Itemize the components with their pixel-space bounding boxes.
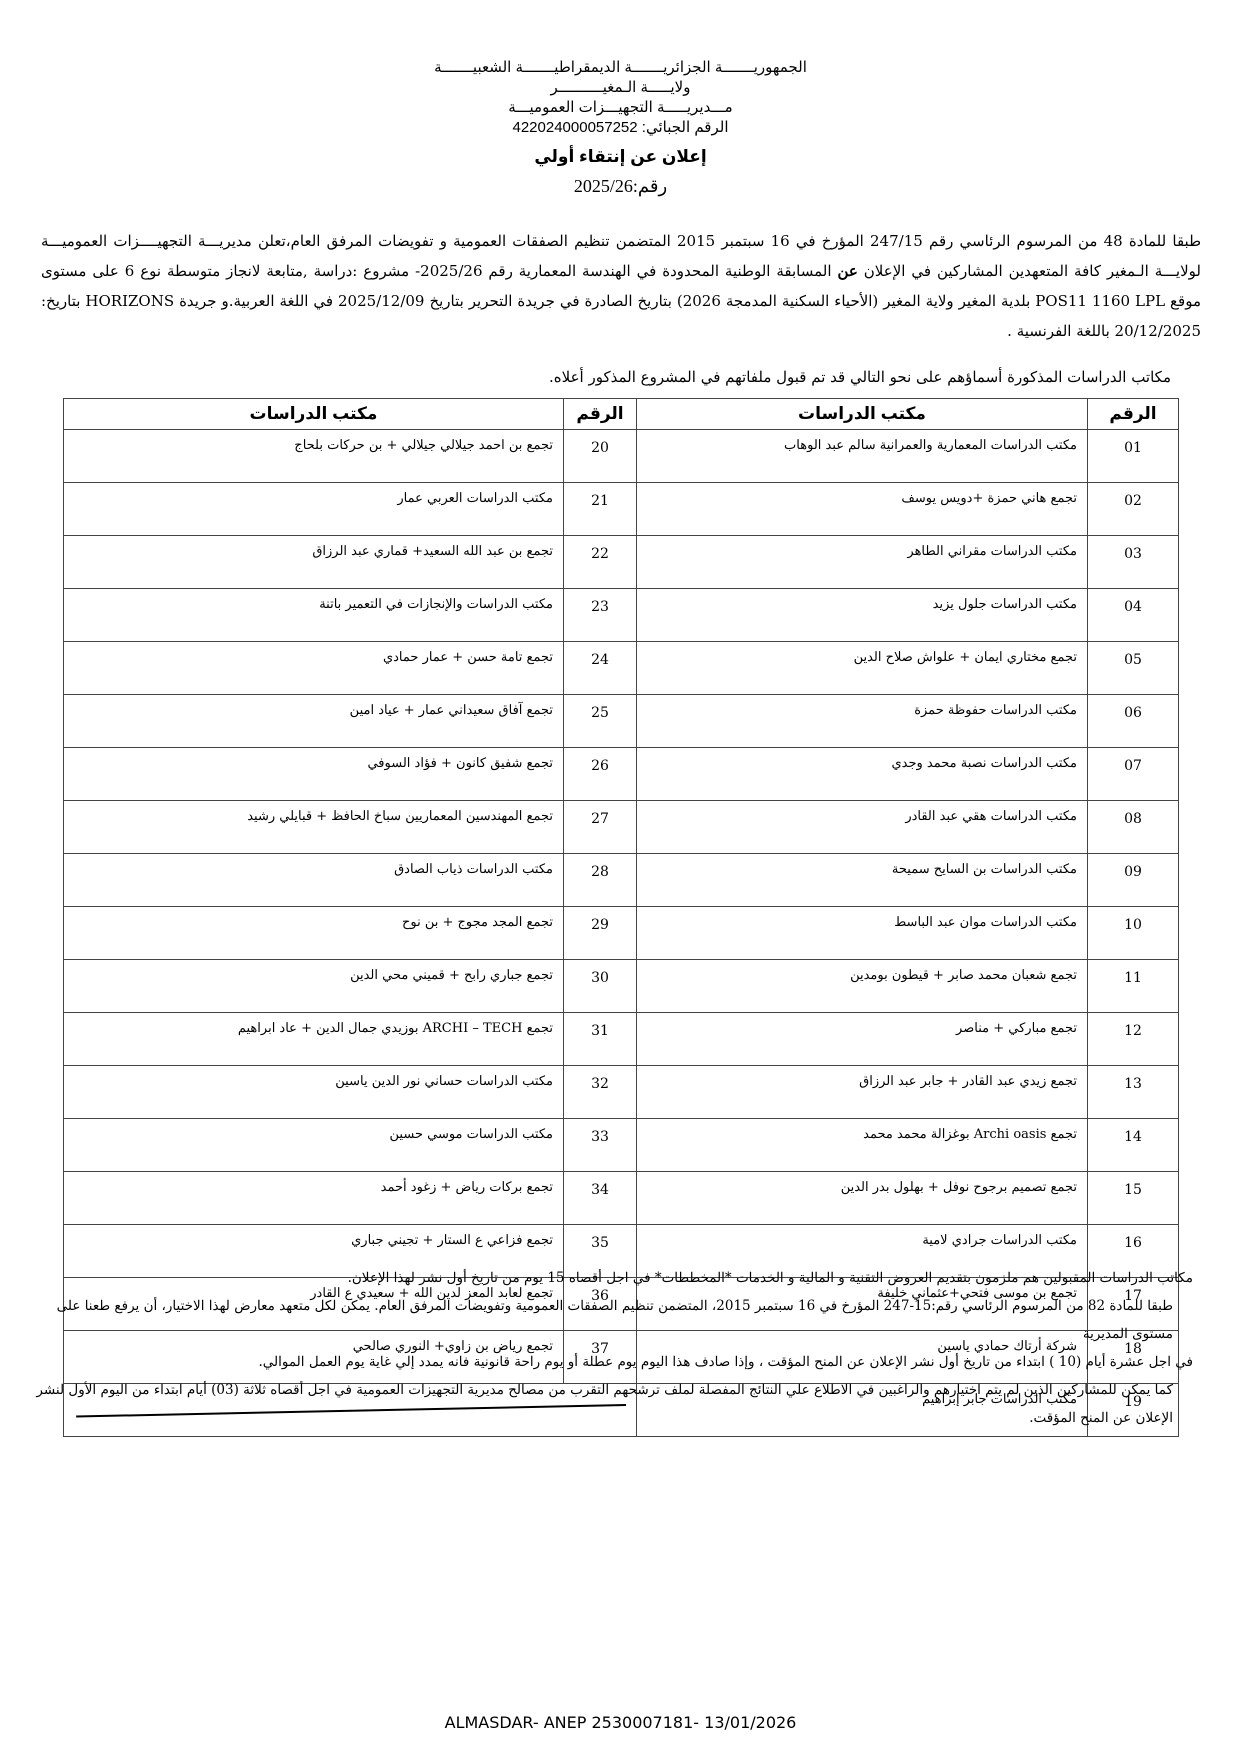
table-row: 13تجمع زيدي عبد القادر + جابر عبد الرزاق… (64, 1066, 1179, 1119)
office-name: تجمع آفاق سعيداني عمار + عياد امين (64, 695, 564, 748)
header-number-right: الرقم (1088, 399, 1179, 430)
office-number: 06 (1088, 695, 1179, 748)
office-number: 04 (1088, 589, 1179, 642)
office-name: تجمع بن احمد جيلالي جيلالي + بن حركات بل… (64, 430, 564, 483)
note-results-access: كما يمكن للمشاركين الذين لم يتم اختيارهم… (33, 1376, 1193, 1432)
office-number: 27 (564, 801, 637, 854)
office-name: تجمع بن عبد الله السعيد+ قماري عبد الرزا… (64, 536, 564, 589)
office-number: 09 (1088, 854, 1179, 907)
office-name: تجمع تصميم برجوح نوفل + بهلول بدر الدين (637, 1172, 1088, 1225)
table-row: 03مكتب الدراسات مقراني الطاهر22تجمع بن ع… (64, 536, 1179, 589)
office-number: 21 (564, 483, 637, 536)
intro-paragraph: طبقا للمادة 48 من المرسوم الرئاسي رقم 24… (41, 226, 1201, 346)
office-number: 10 (1088, 907, 1179, 960)
table-row: 08مكتب الدراسات هقي عبد القادر27تجمع الم… (64, 801, 1179, 854)
office-number: 12 (1088, 1013, 1179, 1066)
announcement-title: إعلان عن إنتقاء أولي (0, 144, 1241, 170)
office-number: 28 (564, 854, 637, 907)
lead-text: مكاتب الدراسات المذكورة أسماؤهم على نحو … (71, 366, 1171, 388)
office-number: 13 (1088, 1066, 1179, 1119)
office-name: مكتب الدراسات موسي حسين (64, 1119, 564, 1172)
office-number: 32 (564, 1066, 637, 1119)
document-header: الجمهوريـــــــة الجزائريـــــــة الديمق… (0, 58, 1241, 198)
table-row: 09مكتب الدراسات بن السايح سميحة28مكتب ال… (64, 854, 1179, 907)
office-number: 11 (1088, 960, 1179, 1013)
directorate-name: مـــديريـــــة التجهيـــزات العموميـــة (0, 98, 1241, 118)
office-number: 33 (564, 1119, 637, 1172)
wilaya-name: ولايـــــة الـمغيــــــــــر (0, 78, 1241, 98)
note-appeal: طبقا للمادة 82 من المرسوم الرئاسي رقم:15… (33, 1292, 1193, 1348)
office-number: 20 (564, 430, 637, 483)
reference-label: رقم: (633, 176, 667, 196)
office-name: تجمع شفيق كانون + فؤاد السوفي (64, 748, 564, 801)
office-name: مكتب الدراسات نصبة محمد وجدي (637, 748, 1088, 801)
office-name: مكتب الدراسات والإنجازات في التعمير باتن… (64, 589, 564, 642)
office-number: 23 (564, 589, 637, 642)
republic-name: الجمهوريـــــــة الجزائريـــــــة الديمق… (0, 58, 1241, 78)
office-name: تجمع هاني حمزة +دويس يوسف (637, 483, 1088, 536)
office-name: مكتب الدراسات بن السايح سميحة (637, 854, 1088, 907)
office-name: تجمع المهندسين المعماريين سباخ الحافظ + … (64, 801, 564, 854)
office-number: 31 (564, 1013, 637, 1066)
office-name: تجمع زيدي عبد القادر + جابر عبد الرزاق (637, 1066, 1088, 1119)
office-name: تجمع مباركي + مناصر (637, 1013, 1088, 1066)
note-deadline: مكاتب الدراسات المقبولين هم ملزمون بتقدي… (33, 1264, 1193, 1292)
office-number: 15 (1088, 1172, 1179, 1225)
office-name: تجمع ARCHI – TECH بوزيدي جمال الدين + عا… (64, 1013, 564, 1066)
office-number: 22 (564, 536, 637, 589)
header-number-left: الرقم (564, 399, 637, 430)
tax-id-value: 422024000057252 (512, 119, 637, 136)
office-number: 03 (1088, 536, 1179, 589)
reference-value: 2025/26 (574, 176, 633, 196)
office-name: تجمع شعبان محمد صابر + قيطون بومدين (637, 960, 1088, 1013)
tax-id-label: الرقم الجبائي: (642, 119, 729, 136)
office-name: مكتب الدراسات مقراني الطاهر (637, 536, 1088, 589)
office-number: 14 (1088, 1119, 1179, 1172)
tax-id-line: الرقم الجبائي: 422024000057252 (0, 118, 1241, 138)
office-name: مكتب الدراسات حفوظة حمزة (637, 695, 1088, 748)
office-number: 30 (564, 960, 637, 1013)
table-row: 12تجمع مباركي + مناصر31تجمع ARCHI – TECH… (64, 1013, 1179, 1066)
table-row: 15تجمع تصميم برجوح نوفل + بهلول بدر الدي… (64, 1172, 1179, 1225)
table-row: 11تجمع شعبان محمد صابر + قيطون بومدين30ت… (64, 960, 1179, 1013)
office-number: 25 (564, 695, 637, 748)
office-name: تجمع المجد مجوج + بن نوح (64, 907, 564, 960)
note-appeal-period: في اجل عشرة أيام (10 ) ابتداء من تاريخ أ… (33, 1348, 1193, 1376)
office-number: 34 (564, 1172, 637, 1225)
office-name: تجمع جباري رابح + قميني محي الدين (64, 960, 564, 1013)
table-row: 04مكتب الدراسات جلول يزيد23مكتب الدراسات… (64, 589, 1179, 642)
reference-number: رقم:2025/26 (0, 174, 1241, 198)
office-name: تجمع مختاري ايمان + علواش صلاح الدين (637, 642, 1088, 695)
table-row: 01مكتب الدراسات المعمارية والعمرانية سال… (64, 430, 1179, 483)
office-number: 08 (1088, 801, 1179, 854)
office-name: مكتب الدراسات حساني نور الدين ياسين (64, 1066, 564, 1119)
office-name: تجمع تامة حسن + عمار حمادي (64, 642, 564, 695)
notes-section: مكاتب الدراسات المقبولين هم ملزمون بتقدي… (33, 1264, 1193, 1432)
office-number: 29 (564, 907, 637, 960)
table-row: 02تجمع هاني حمزة +دويس يوسف21مكتب الدراس… (64, 483, 1179, 536)
publication-footer: ALMASDAR- ANEP 2530007181- 13/01/2026 (0, 1713, 1241, 1732)
table-row: 05تجمع مختاري ايمان + علواش صلاح الدين24… (64, 642, 1179, 695)
office-name: مكتب الدراسات هقي عبد القادر (637, 801, 1088, 854)
office-number: 01 (1088, 430, 1179, 483)
table-row: 10مكتب الدراسات موان عبد الباسط29تجمع ال… (64, 907, 1179, 960)
office-name: مكتب الدراسات المعمارية والعمرانية سالم … (637, 430, 1088, 483)
office-number: 07 (1088, 748, 1179, 801)
office-name: مكتب الدراسات ذياب الصادق (64, 854, 564, 907)
office-name: تجمع Archi oasis بوغزالة محمد محمد (637, 1119, 1088, 1172)
header-office-left: مكتب الدراسات (64, 399, 564, 430)
office-name: مكتب الدراسات العربي عمار (64, 483, 564, 536)
office-number: 02 (1088, 483, 1179, 536)
office-name: مكتب الدراسات جلول يزيد (637, 589, 1088, 642)
intro-bold-word: عن (837, 262, 857, 280)
header-office-right: مكتب الدراسات (637, 399, 1088, 430)
table-row: 07مكتب الدراسات نصبة محمد وجدي26تجمع شفي… (64, 748, 1179, 801)
office-number: 05 (1088, 642, 1179, 695)
office-name: مكتب الدراسات موان عبد الباسط (637, 907, 1088, 960)
office-number: 24 (564, 642, 637, 695)
office-number: 26 (564, 748, 637, 801)
table-header-row: الرقم مكتب الدراسات الرقم مكتب الدراسات (64, 399, 1179, 430)
office-name: تجمع بركات رياض + زغود أحمد (64, 1172, 564, 1225)
table-row: 06مكتب الدراسات حفوظة حمزة25تجمع آفاق سع… (64, 695, 1179, 748)
table-row: 14تجمع Archi oasis بوغزالة محمد محمد33مك… (64, 1119, 1179, 1172)
